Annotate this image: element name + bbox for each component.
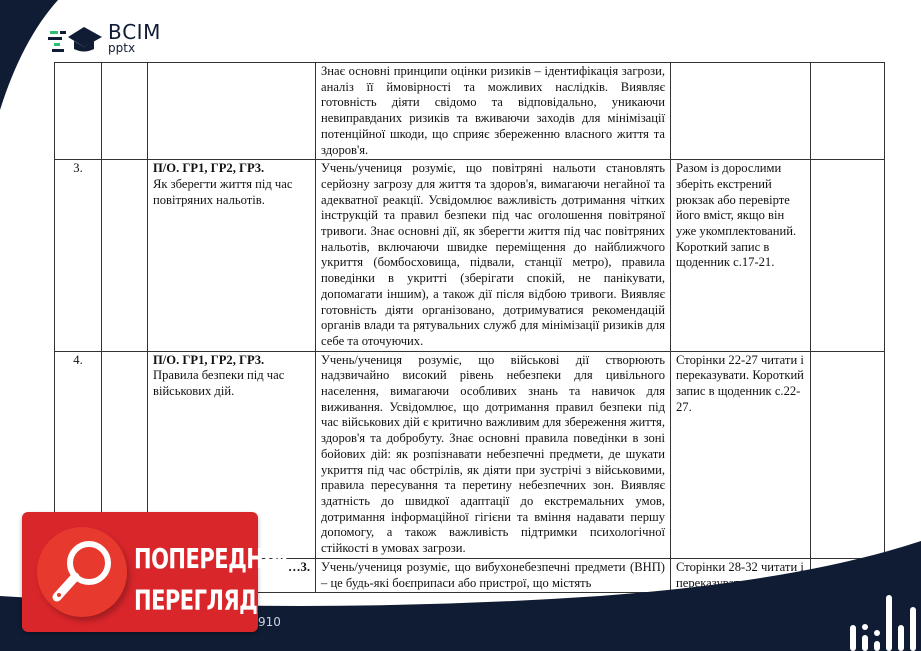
homework-cell: Разом із дорослими зберіть екстрений рюк… [671, 160, 811, 351]
notes-cell [811, 63, 885, 160]
topic-cell [148, 63, 316, 160]
notes-cell [811, 160, 885, 351]
preview-label-line1: ПОПЕРЕДНІЙ [134, 538, 288, 580]
preview-label: ПОПЕРЕДНІЙ ПЕРЕГЛЯД [134, 538, 288, 621]
outcomes-cell: Учень/учениця розуміє, що повітряні наль… [316, 160, 671, 351]
topic-code: П/О. ГР1, ГР2, ГР3. [153, 161, 310, 177]
table-row: Знає основні принципи оцінки ризиків – і… [55, 63, 885, 160]
row-col2 [102, 63, 148, 160]
graduation-cap-icon [48, 23, 104, 53]
topic-cell: П/О. ГР1, ГР2, ГР3. Як зберегти життя пі… [148, 160, 316, 351]
notes-cell [811, 351, 885, 558]
homework-cell [671, 63, 811, 160]
row-col2 [102, 160, 148, 351]
outcomes-cell: Учень/учениця розуміє, що військові дії … [316, 351, 671, 558]
topic-title: Як зберегти життя під час повітряних нал… [153, 177, 292, 207]
homework-cell: Сторінки 22-27 читати і переказувати. Ко… [671, 351, 811, 558]
magnifier-icon [37, 527, 127, 617]
preview-label-line2: ПЕРЕГЛЯД [134, 580, 288, 622]
table-row: 3. П/О. ГР1, ГР2, ГР3. Як зберегти життя… [55, 160, 885, 351]
row-number: 3. [55, 160, 102, 351]
logo-title: ВСІМ [108, 22, 161, 42]
row-number [55, 63, 102, 160]
brand-logo: ВСІМ pptx [48, 22, 161, 54]
preview-badge[interactable]: ПОПЕРЕДНІЙ ПЕРЕГЛЯД [22, 512, 258, 632]
topic-title: Правила безпеки під час військових дій. [153, 368, 284, 398]
preview-circle [37, 527, 127, 617]
outcomes-cell: Знає основні принципи оцінки ризиків – і… [316, 63, 671, 160]
decorative-bars-icon [848, 585, 918, 651]
topic-code: П/О. ГР1, ГР2, ГР3. [153, 353, 310, 369]
